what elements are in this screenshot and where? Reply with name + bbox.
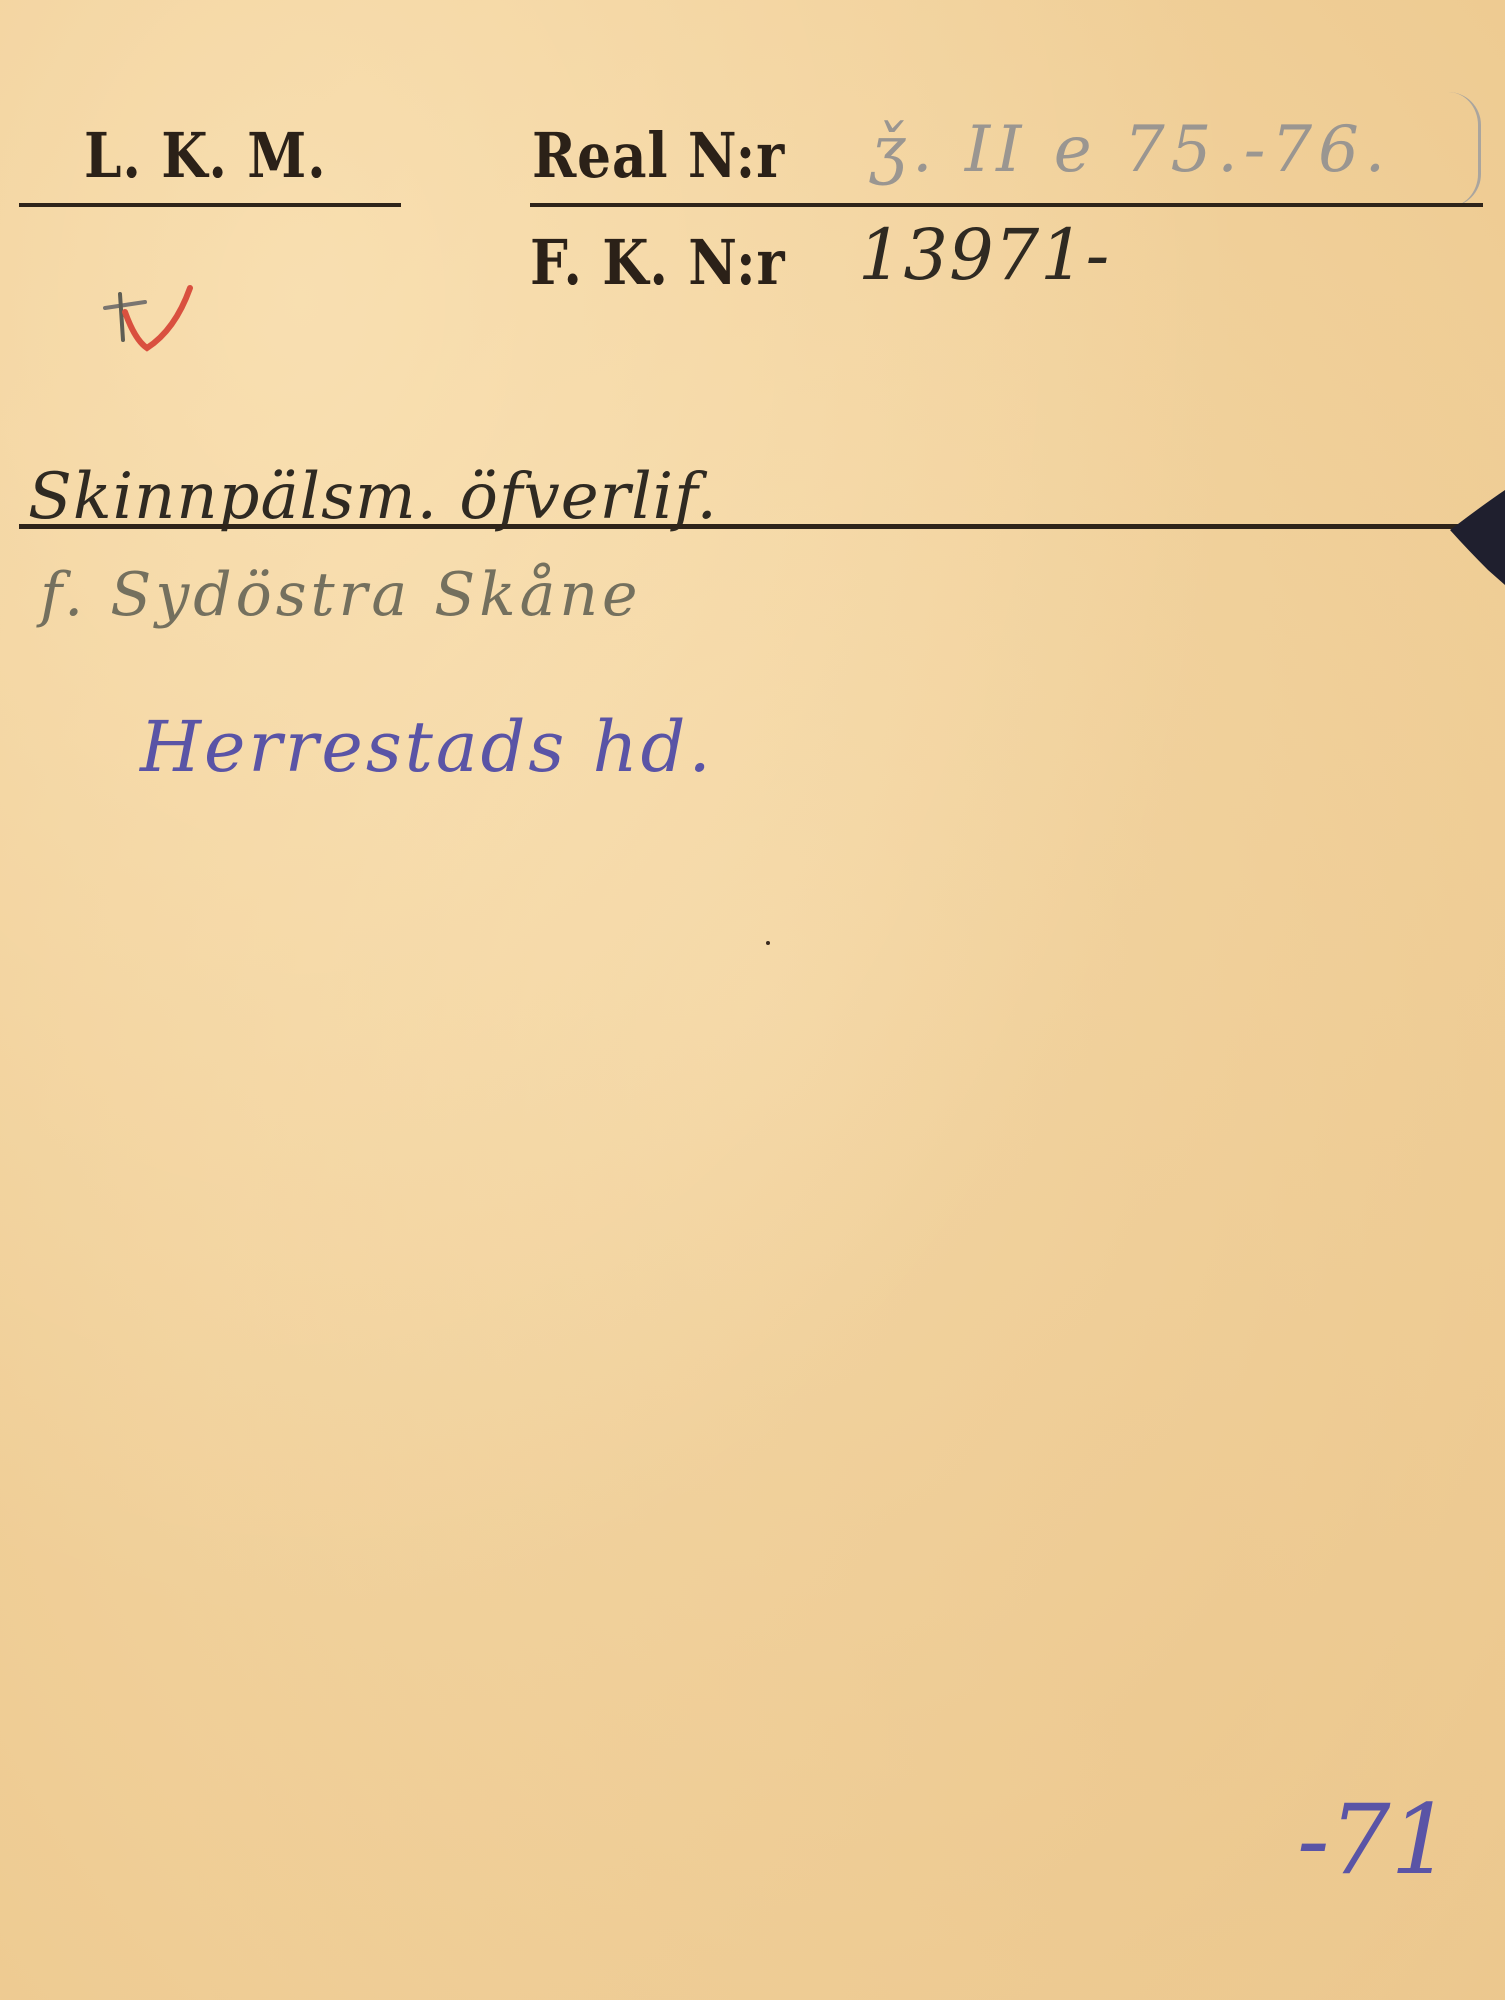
check-mark-icon [95,280,205,370]
district: Herrestads hd. [140,712,714,782]
title-underline [19,524,1479,529]
institution-label: L. K. M. [84,125,327,187]
real-number-underline [530,203,1483,207]
fk-number-value: 13971- [858,220,1110,290]
page-mark: -71 [1297,1792,1452,1888]
origin-line: f. Sydöstra Skåne [40,565,642,625]
fk-number-label: F. K. N:r [530,232,785,294]
real-number-label: Real N:r [532,125,785,187]
real-number-value: ǯ. II e 75.-76. [870,118,1391,182]
institution-underline [19,203,401,207]
index-card: L. K. M. Real N:r ǯ. II e 75.-76. F. K. … [0,0,1505,2000]
paper-speck [766,941,770,945]
object-title: Skinnpälsm. öfverlif. [28,465,718,529]
pencil-bracket [1448,92,1481,207]
tab-marker [1448,490,1505,585]
